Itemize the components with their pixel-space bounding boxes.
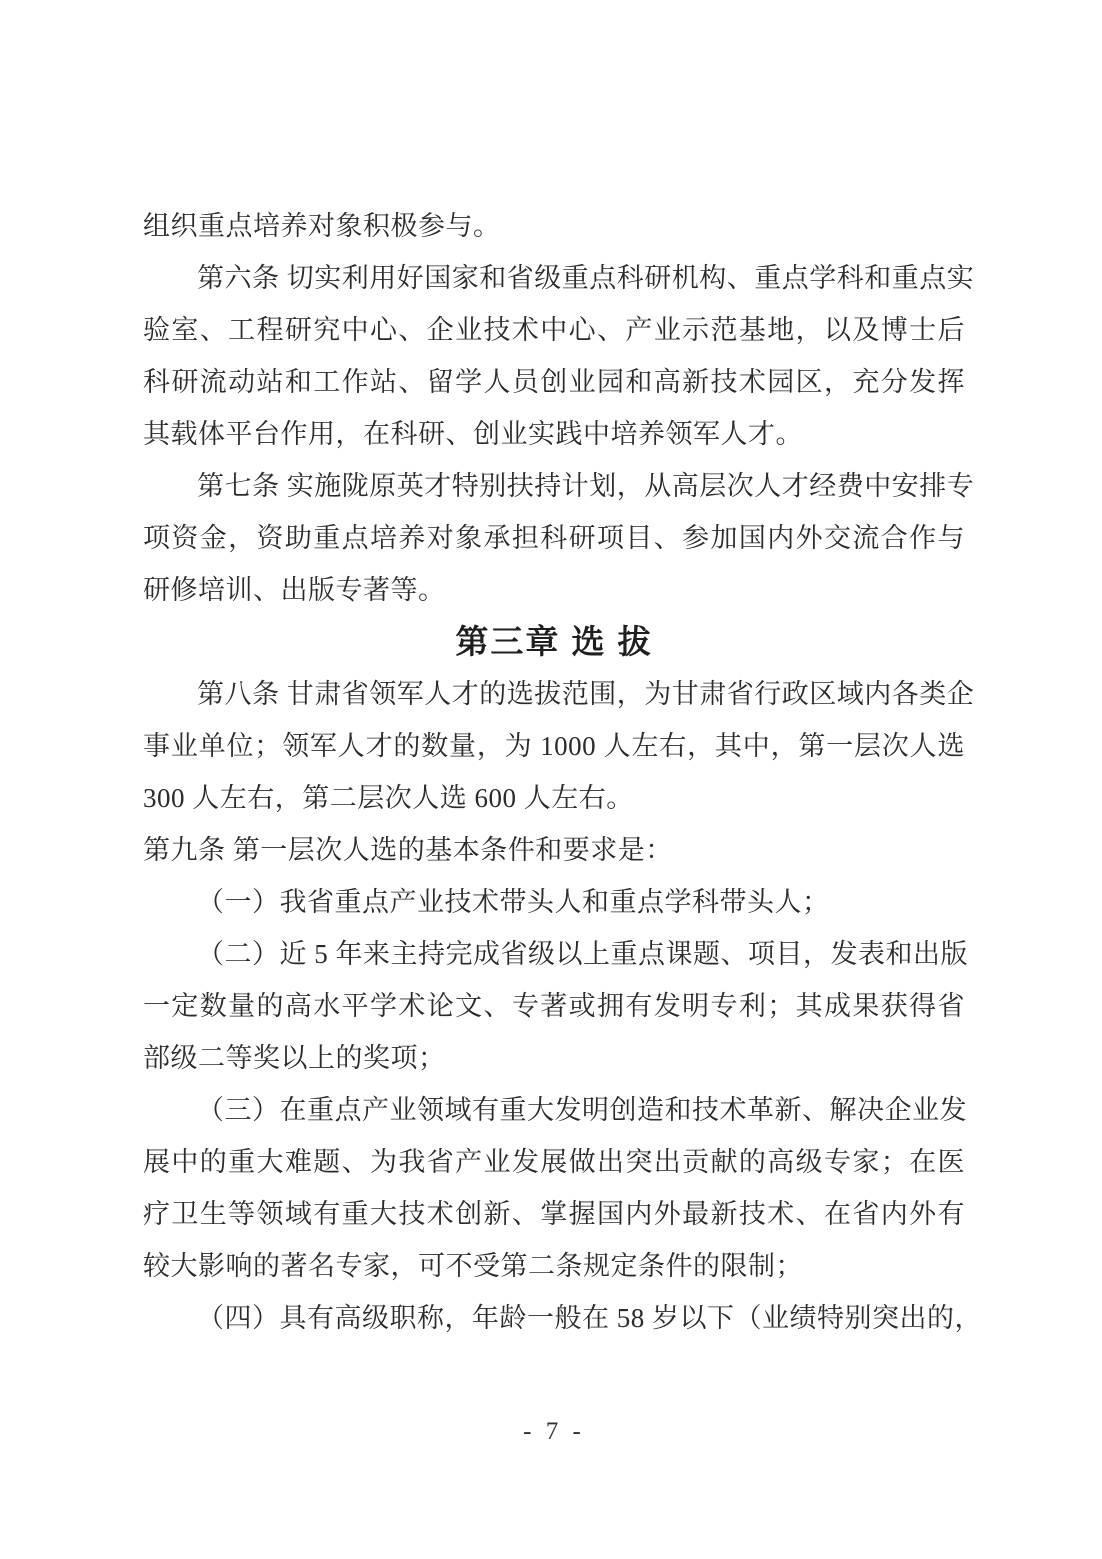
text-line: 第七条 实施陇原英才特别扶持计划，从高层次人才经费中安排专 (143, 460, 965, 512)
text-line: 第六条 切实利用好国家和省级重点科研机构、重点学科和重点实 (143, 252, 965, 304)
text-line: （三）在重点产业领域有重大发明创造和技术革新、解决企业发 (143, 1084, 965, 1136)
text-line: 300 人左右，第二层次人选 600 人左右。 (143, 772, 965, 824)
document-page: 组织重点培养对象积极参与。第六条 切实利用好国家和省级重点科研机构、重点学科和重… (0, 0, 1102, 1559)
chapter-heading: 第三章 选 拔 (143, 616, 965, 668)
text-line: （二）近 5 年来主持完成省级以上重点课题、项目，发表和出版 (143, 928, 965, 980)
text-line: 展中的重大难题、为我省产业发展做出突出贡献的高级专家；在医 (143, 1136, 965, 1188)
page-number: - 7 - (143, 1418, 965, 1446)
text-line: 第九条 第一层次人选的基本条件和要求是： (143, 824, 965, 876)
text-line: 疗卫生等领域有重大技术创新、掌握国内外最新技术、在省内外有 (143, 1188, 965, 1240)
text-line: 其载体平台作用，在科研、创业实践中培养领军人才。 (143, 408, 965, 460)
text-line: 部级二等奖以上的奖项； (143, 1032, 965, 1084)
text-line: 事业单位；领军人才的数量，为 1000 人左右，其中，第一层次人选 (143, 720, 965, 772)
text-line: 验室、工程研究中心、企业技术中心、产业示范基地，以及博士后 (143, 304, 965, 356)
text-line: （四）具有高级职称，年龄一般在 58 岁以下（业绩特别突出的， (143, 1292, 965, 1344)
text-line: （一）我省重点产业技术带头人和重点学科带头人； (143, 876, 965, 928)
text-line: 一定数量的高水平学术论文、专著或拥有发明专利；其成果获得省 (143, 980, 965, 1032)
document-content: 组织重点培养对象积极参与。第六条 切实利用好国家和省级重点科研机构、重点学科和重… (143, 200, 965, 1344)
text-line: 研修培训、出版专著等。 (143, 564, 965, 616)
text-line: 科研流动站和工作站、留学人员创业园和高新技术园区，充分发挥 (143, 356, 965, 408)
text-line: 项资金，资助重点培养对象承担科研项目、参加国内外交流合作与 (143, 512, 965, 564)
text-line: 组织重点培养对象积极参与。 (143, 200, 965, 252)
text-line: 较大影响的著名专家，可不受第二条规定条件的限制； (143, 1240, 965, 1292)
text-line: 第八条 甘肃省领军人才的选拔范围，为甘肃省行政区域内各类企 (143, 668, 965, 720)
